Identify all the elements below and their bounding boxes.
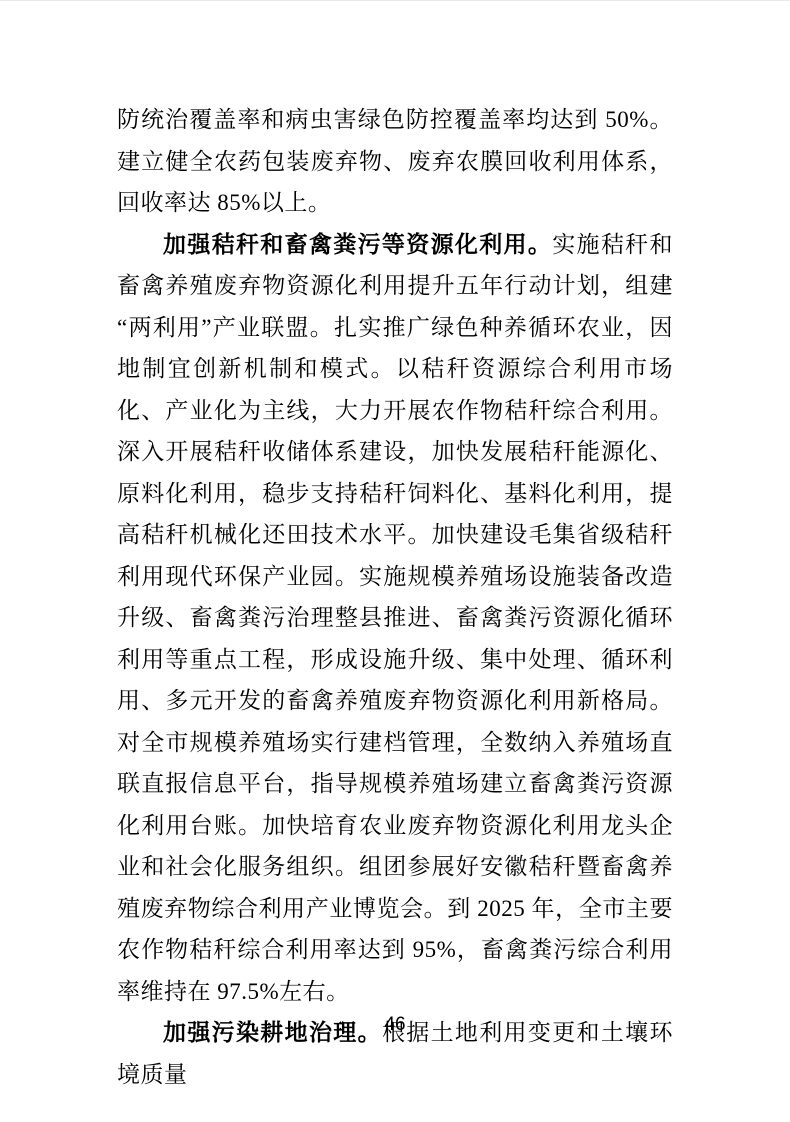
paragraph-text: 防统治覆盖率和病虫害绿色防控覆盖率均达到 50%。建立健全农药包装废弃物、废弃农…: [117, 107, 673, 215]
paragraph: 防统治覆盖率和病虫害绿色防控覆盖率均达到 50%。建立健全农药包装废弃物、废弃农…: [117, 99, 673, 224]
page-number: 46: [0, 1014, 790, 1036]
paragraph: 加强秸秆和畜禽粪污等资源化利用。实施秸秆和畜禽养殖废弃物资源化利用提升五年行动计…: [117, 224, 673, 1013]
document-page: 防统治覆盖率和病虫害绿色防控覆盖率均达到 50%。建立健全农药包装废弃物、废弃农…: [0, 0, 790, 1122]
paragraph-heading-bold: 加强秸秆和畜禽粪污等资源化利用。: [163, 231, 552, 257]
paragraph-text: 实施秸秆和畜禽养殖废弃物资源化利用提升五年行动计划，组建“两利用”产业联盟。扎实…: [117, 232, 673, 1004]
page-body-text: 防统治覆盖率和病虫害绿色防控覆盖率均达到 50%。建立健全农药包装废弃物、废弃农…: [117, 99, 673, 1095]
